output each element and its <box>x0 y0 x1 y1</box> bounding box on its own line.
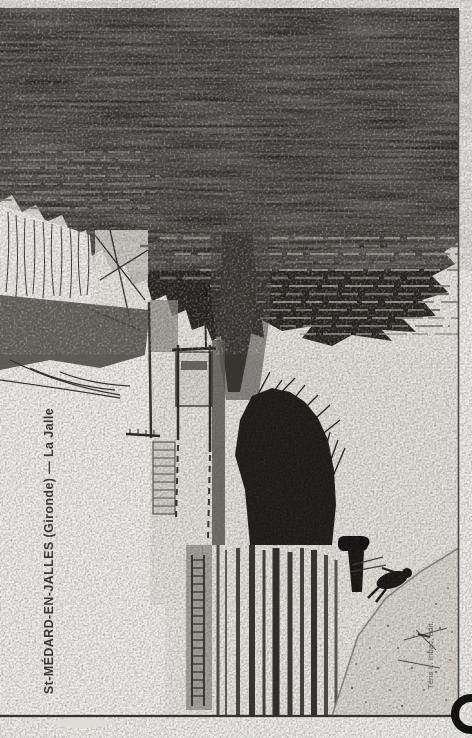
caption-text: St-MÉDARD-EN-JALLES (Gironde) — La Jalle <box>41 391 57 711</box>
scan-smudge <box>54 718 110 728</box>
photo-artwork <box>0 0 472 738</box>
photo <box>0 8 459 716</box>
postcard-scan: St-MÉDARD-EN-JALLES (Gironde) — La Jalle… <box>0 0 472 738</box>
publisher-credit: Téris L. Inbac, édit. <box>426 595 436 715</box>
